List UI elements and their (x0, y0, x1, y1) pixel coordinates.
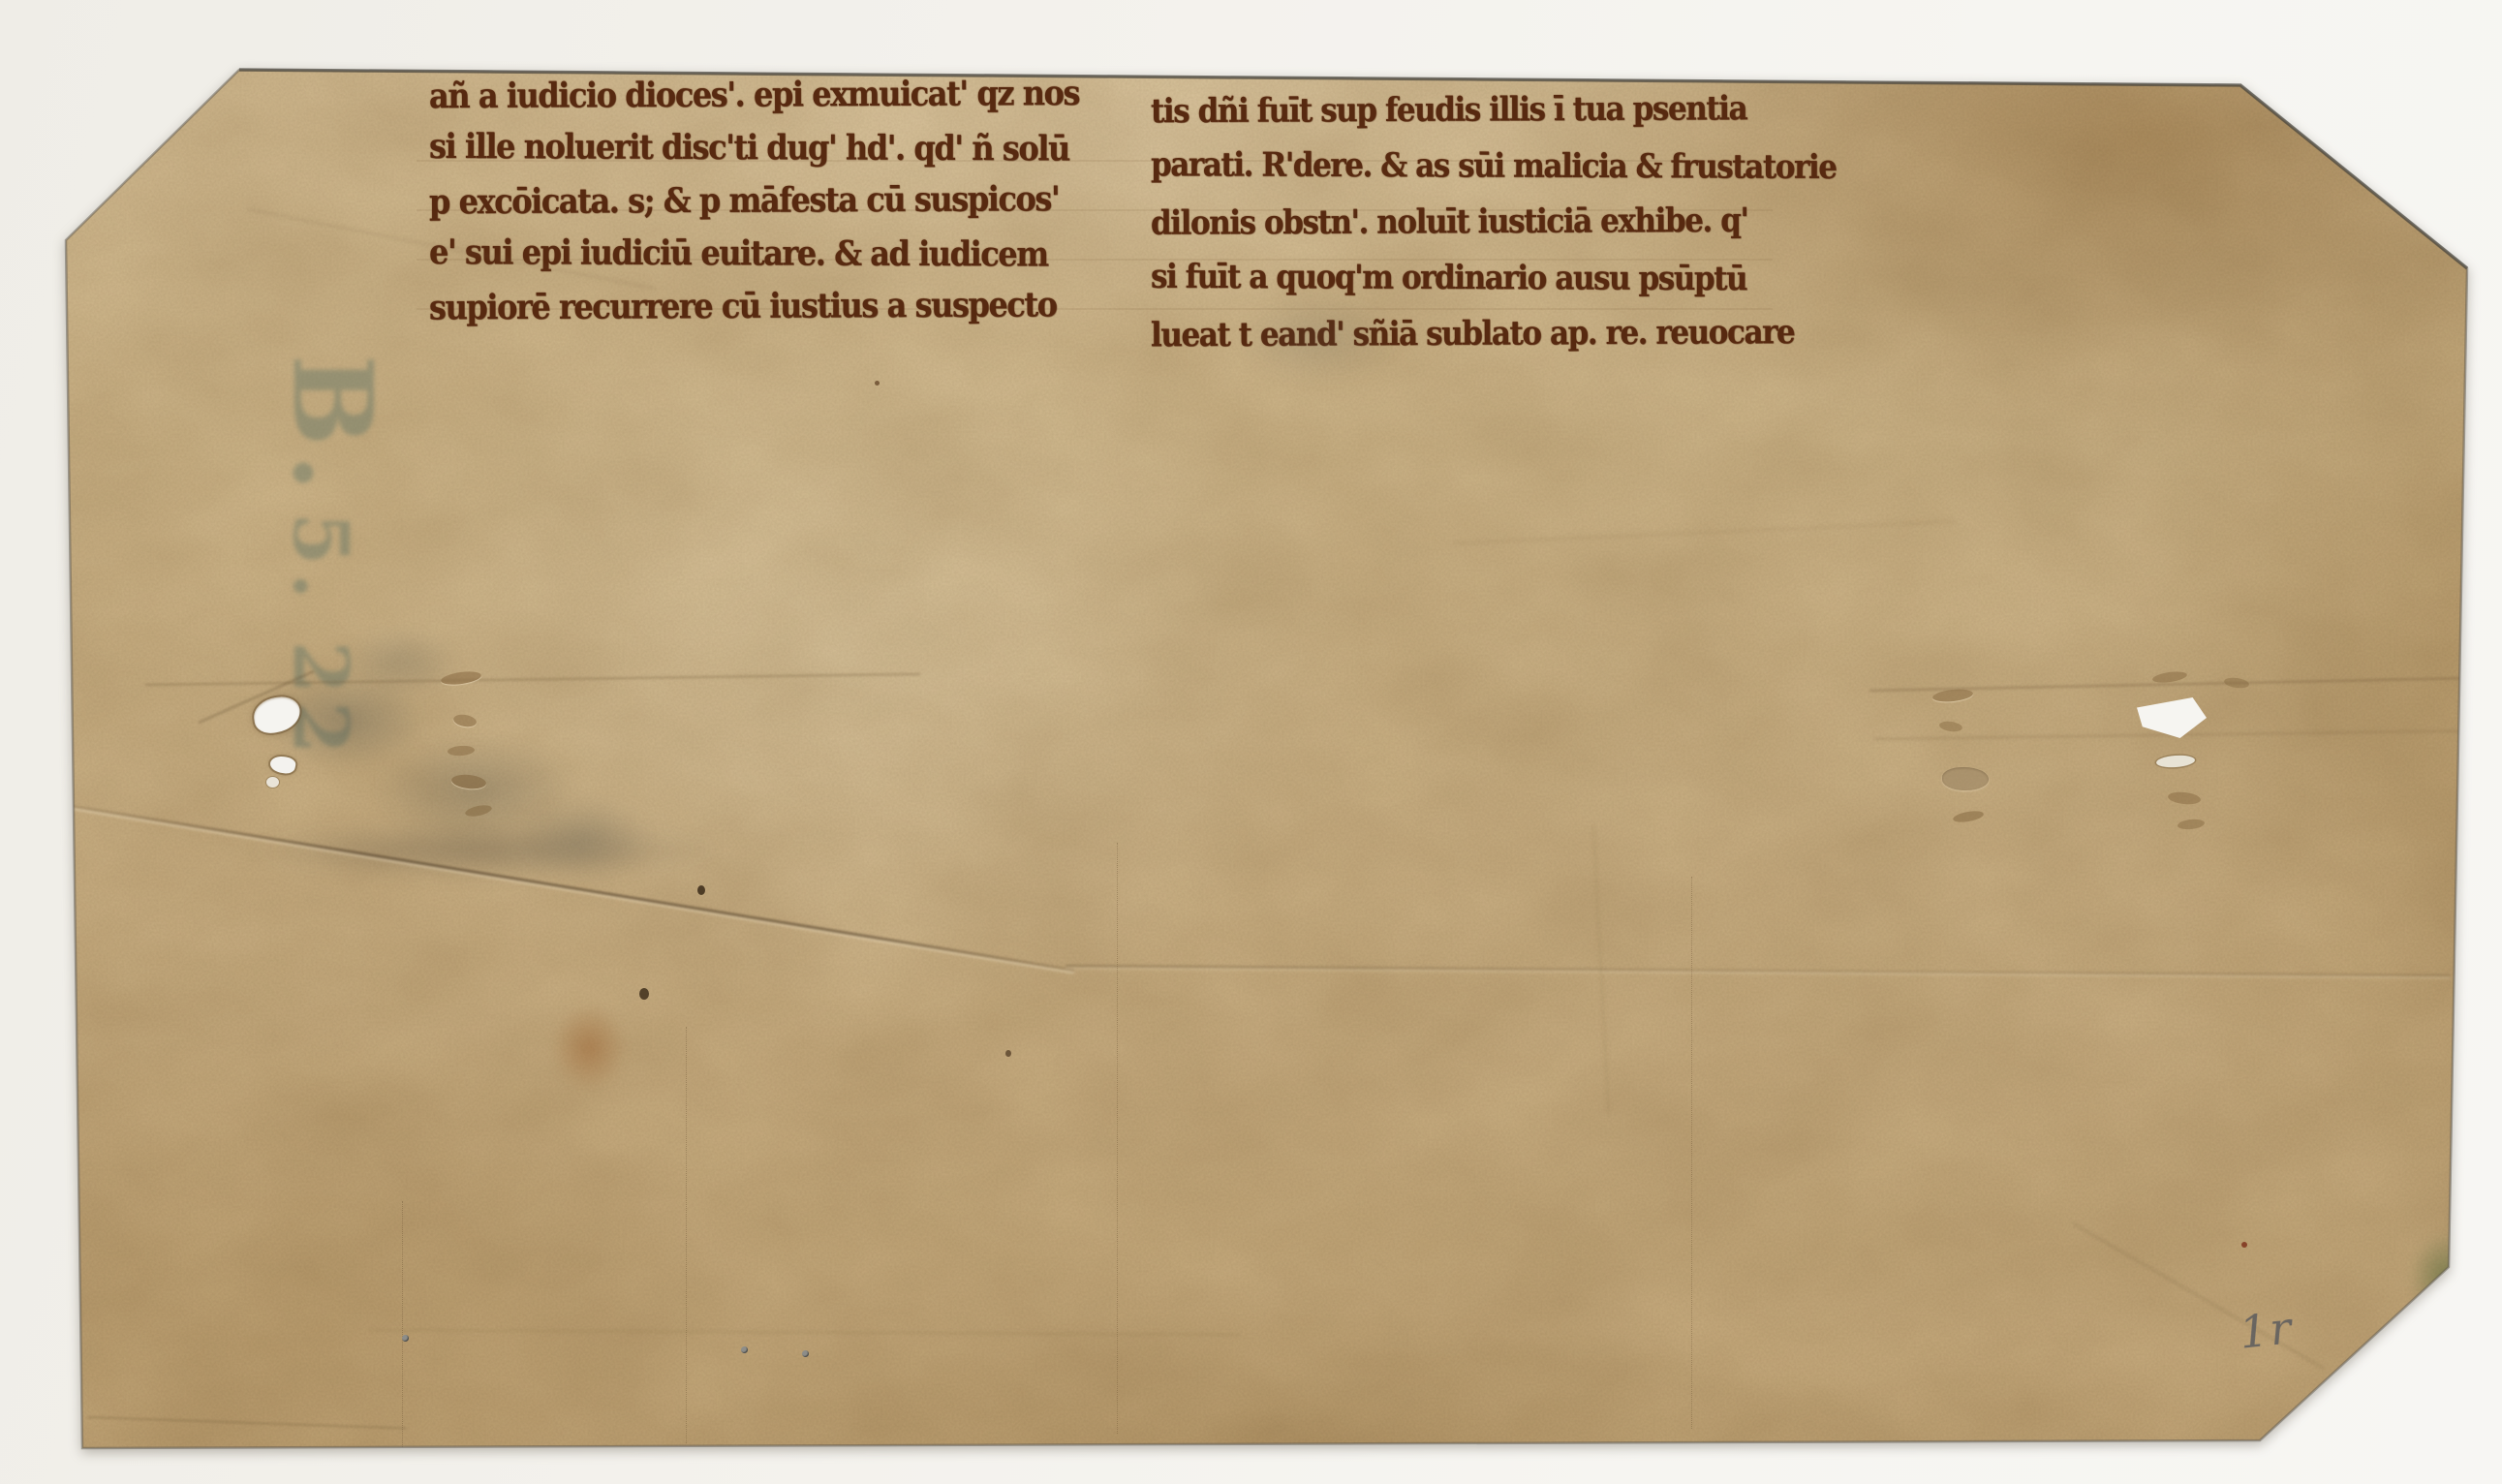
parchment-edge-outline (0, 0, 2502, 1484)
scanned-manuscript-page: { "document": { "kind": "parchment-manus… (0, 0, 2502, 1484)
parchment-wrap: añ a iudicio dioces'. epi exmuicat' qz n… (0, 0, 2502, 1484)
